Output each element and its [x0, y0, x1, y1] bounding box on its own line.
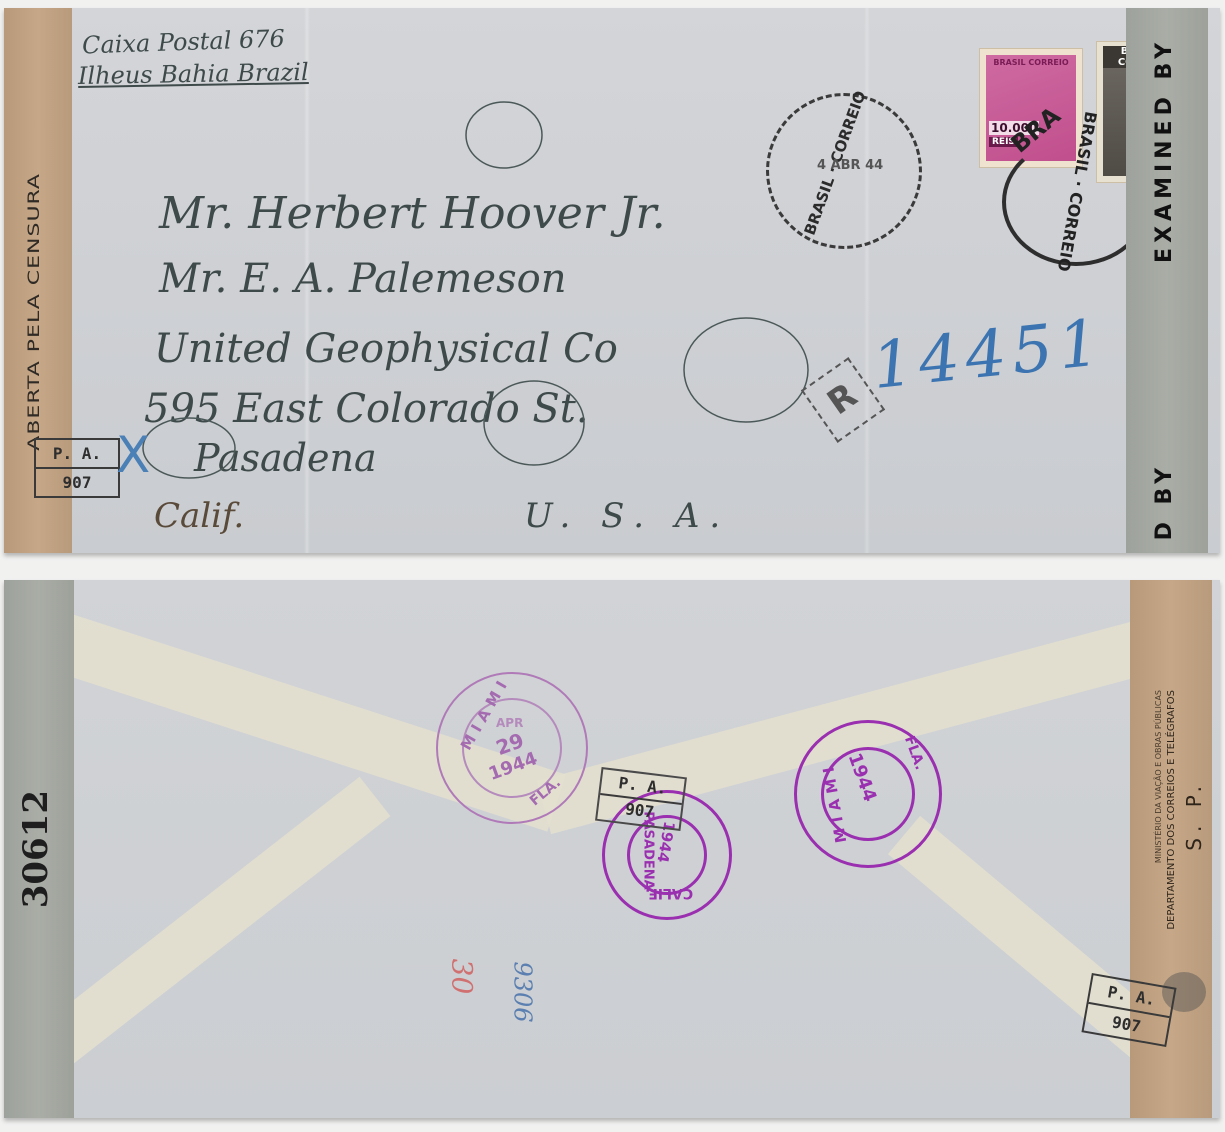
censor-tape-text: EXAMINED BY	[1152, 38, 1177, 263]
stamp-country: BRASIL CORREIO	[986, 58, 1076, 67]
censor-tape-number: 30612	[16, 790, 56, 908]
postmark-date: 4 ABR 44	[817, 158, 883, 173]
postmark-miami-may: MIAMI FLA. 1944	[794, 720, 942, 868]
censor-tape-department: DEPARTAMENTO DOS CORREIOS E TELÉGRAFOS	[1166, 690, 1177, 930]
pencil-note-red: 30	[445, 959, 478, 995]
flap-fold	[29, 777, 391, 1075]
postmark-miami-apr: MIAMI FLA. APR 29 1944	[436, 672, 588, 824]
envelope-back: 30612 MIAMI FLA. APR 29 1944 MIAMI FLA. …	[4, 580, 1220, 1118]
pencil-note-blue: 9306	[509, 961, 537, 1022]
censor-tape-sp: S. P.	[1182, 780, 1206, 851]
censor-tape-ministry: MINISTÉRIO DA VIAÇÃO E OBRAS PÚBLICAS	[1154, 690, 1163, 863]
envelope-front: ABERTA PELA CENSURA P. A. 907 Caixa Post…	[4, 8, 1220, 553]
censor-tape-text: D BY	[1152, 463, 1177, 540]
blue-pencil-mark: X	[116, 426, 150, 484]
censor-tape-right: EXAMINED BY D BY	[1126, 8, 1208, 553]
censor-tape-left: 30612	[4, 580, 74, 1118]
censor-box: P. A. 907	[595, 767, 687, 831]
postmark-circle: BRASIL · CORREIO 4 ABR 44	[766, 93, 922, 249]
